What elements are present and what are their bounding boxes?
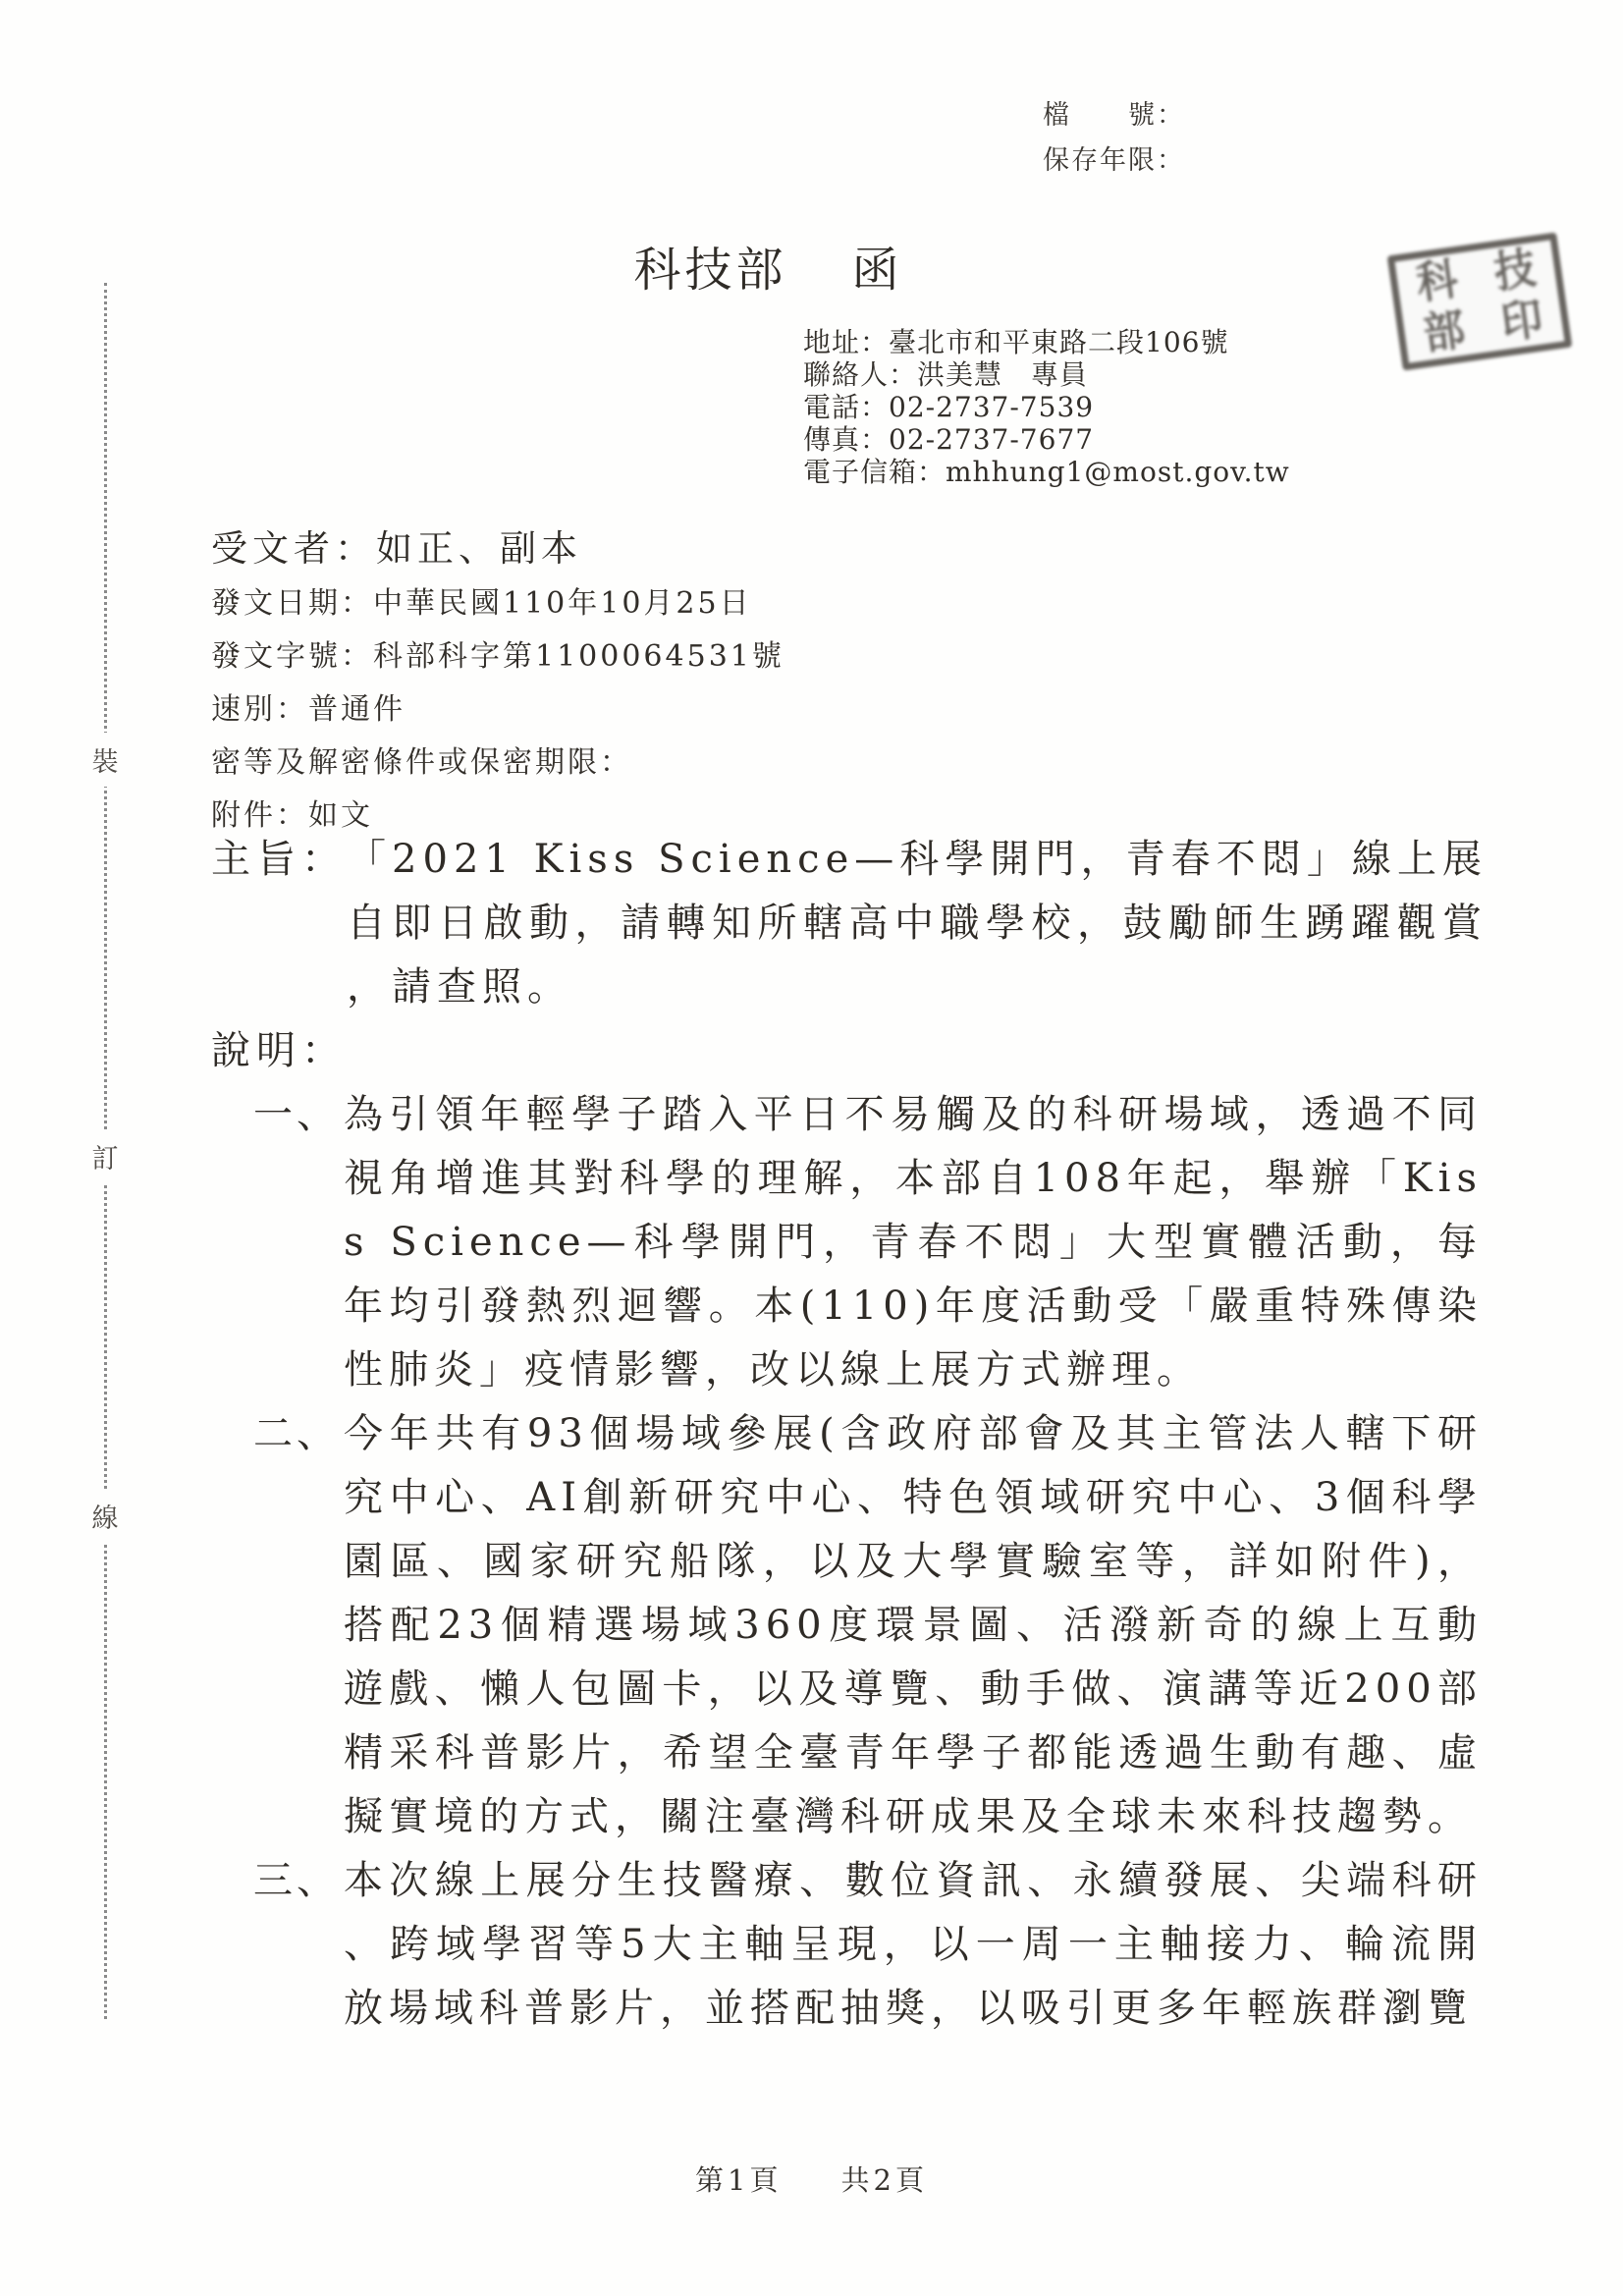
sender-address: 地址：臺北市和平東路二段106號 (803, 326, 1290, 358)
item-text: 本次線上展分生技醫療、數位資訊、永續發展、尖端科研、跨域學習等5大主軸呈現，以一… (344, 1849, 1483, 2041)
document-title: 科技部函 (0, 232, 1580, 300)
binding-mark-ding: 訂 (88, 1129, 122, 1183)
issue-number-line: 發文字號：科部科字第1100064531號 (211, 630, 784, 683)
subject-text: 「2021 Kiss Science—科學開門，青春不悶」線上展自即日啟動，請轉… (347, 828, 1488, 1019)
official-seal-stamp: 科 技 部 印 (1387, 232, 1573, 370)
retention-period-label: 保存年限： (1043, 138, 1185, 184)
item-text: 為引領年輕學子踏入平日不易觸及的科研場域，透過不同視角增進其對科學的理解，本部自… (344, 1083, 1483, 1402)
seal-char: 印 (1498, 297, 1545, 346)
explanation-label: 說明： (211, 1019, 347, 1075)
binding-mark-xian: 線 (88, 1489, 122, 1543)
subject-label: 主旨： (211, 828, 347, 892)
explanation-item-2: 二、 今年共有93個場域參展(含政府部會及其主管法人轄下研究中心、AI創新研究中… (253, 1402, 1483, 1849)
speed-class-line: 速別：普通件 (211, 683, 784, 737)
item-number: 二、 (253, 1402, 344, 1466)
scanned-official-letter: 檔 號： 保存年限： 科技部函 科 技 部 印 地址：臺北市和平東路二段106號… (0, 0, 1623, 2296)
recipient-line: 受文者：如正、副本 (211, 519, 582, 572)
sender-info-block: 地址：臺北市和平東路二段106號 聯絡人：洪美慧 專員 電話：02-2737-7… (803, 326, 1290, 488)
sender-contact-person: 聯絡人：洪美慧 專員 (803, 358, 1290, 391)
explanation-item-3: 三、 本次線上展分生技醫療、數位資訊、永續發展、尖端科研、跨域學習等5大主軸呈現… (253, 1849, 1483, 2041)
seal-char: 科 (1414, 257, 1461, 306)
sender-phone: 電話：02-2737-7539 (803, 391, 1290, 423)
file-number-label: 檔 號： (1043, 93, 1185, 138)
page-total: 共2頁 (841, 2163, 928, 2197)
item-number: 三、 (253, 1849, 344, 1913)
document-type: 函 (852, 243, 903, 298)
agency-name: 科技部 (633, 243, 786, 298)
subject-section: 主旨： 「2021 Kiss Science—科學開門，青春不悶」線上展自即日啟… (211, 828, 1488, 1019)
explanation-item-1: 一、 為引領年輕學子踏入平日不易觸及的科研場域，透過不同視角增進其對科學的理解，… (253, 1083, 1483, 1402)
item-text: 今年共有93個場域參展(含政府部會及其主管法人轄下研究中心、AI創新研究中心、特… (344, 1402, 1483, 1849)
document-meta-block: 發文日期：中華民國110年10月25日 發文字號：科部科字第1100064531… (211, 577, 784, 843)
binding-mark-zhuang: 裝 (88, 733, 122, 787)
sender-email: 電子信箱：mhhung1@most.gov.tw (803, 456, 1290, 488)
archive-labels: 檔 號： 保存年限： (1043, 93, 1185, 184)
page-number: 第1頁 (695, 2163, 782, 2197)
issue-date-line: 發文日期：中華民國110年10月25日 (211, 577, 784, 630)
item-number: 一、 (253, 1083, 344, 1147)
seal-char: 部 (1421, 308, 1468, 357)
security-class-line: 密等及解密條件或保密期限： (211, 737, 784, 790)
page-footer: 第1頁共2頁 (0, 2159, 1623, 2199)
sender-fax: 傳真：02-2737-7677 (803, 423, 1290, 456)
seal-char: 技 (1491, 246, 1539, 296)
explanation-items: 一、 為引領年輕學子踏入平日不易觸及的科研場域，透過不同視角增進其對科學的理解，… (253, 1083, 1483, 2041)
